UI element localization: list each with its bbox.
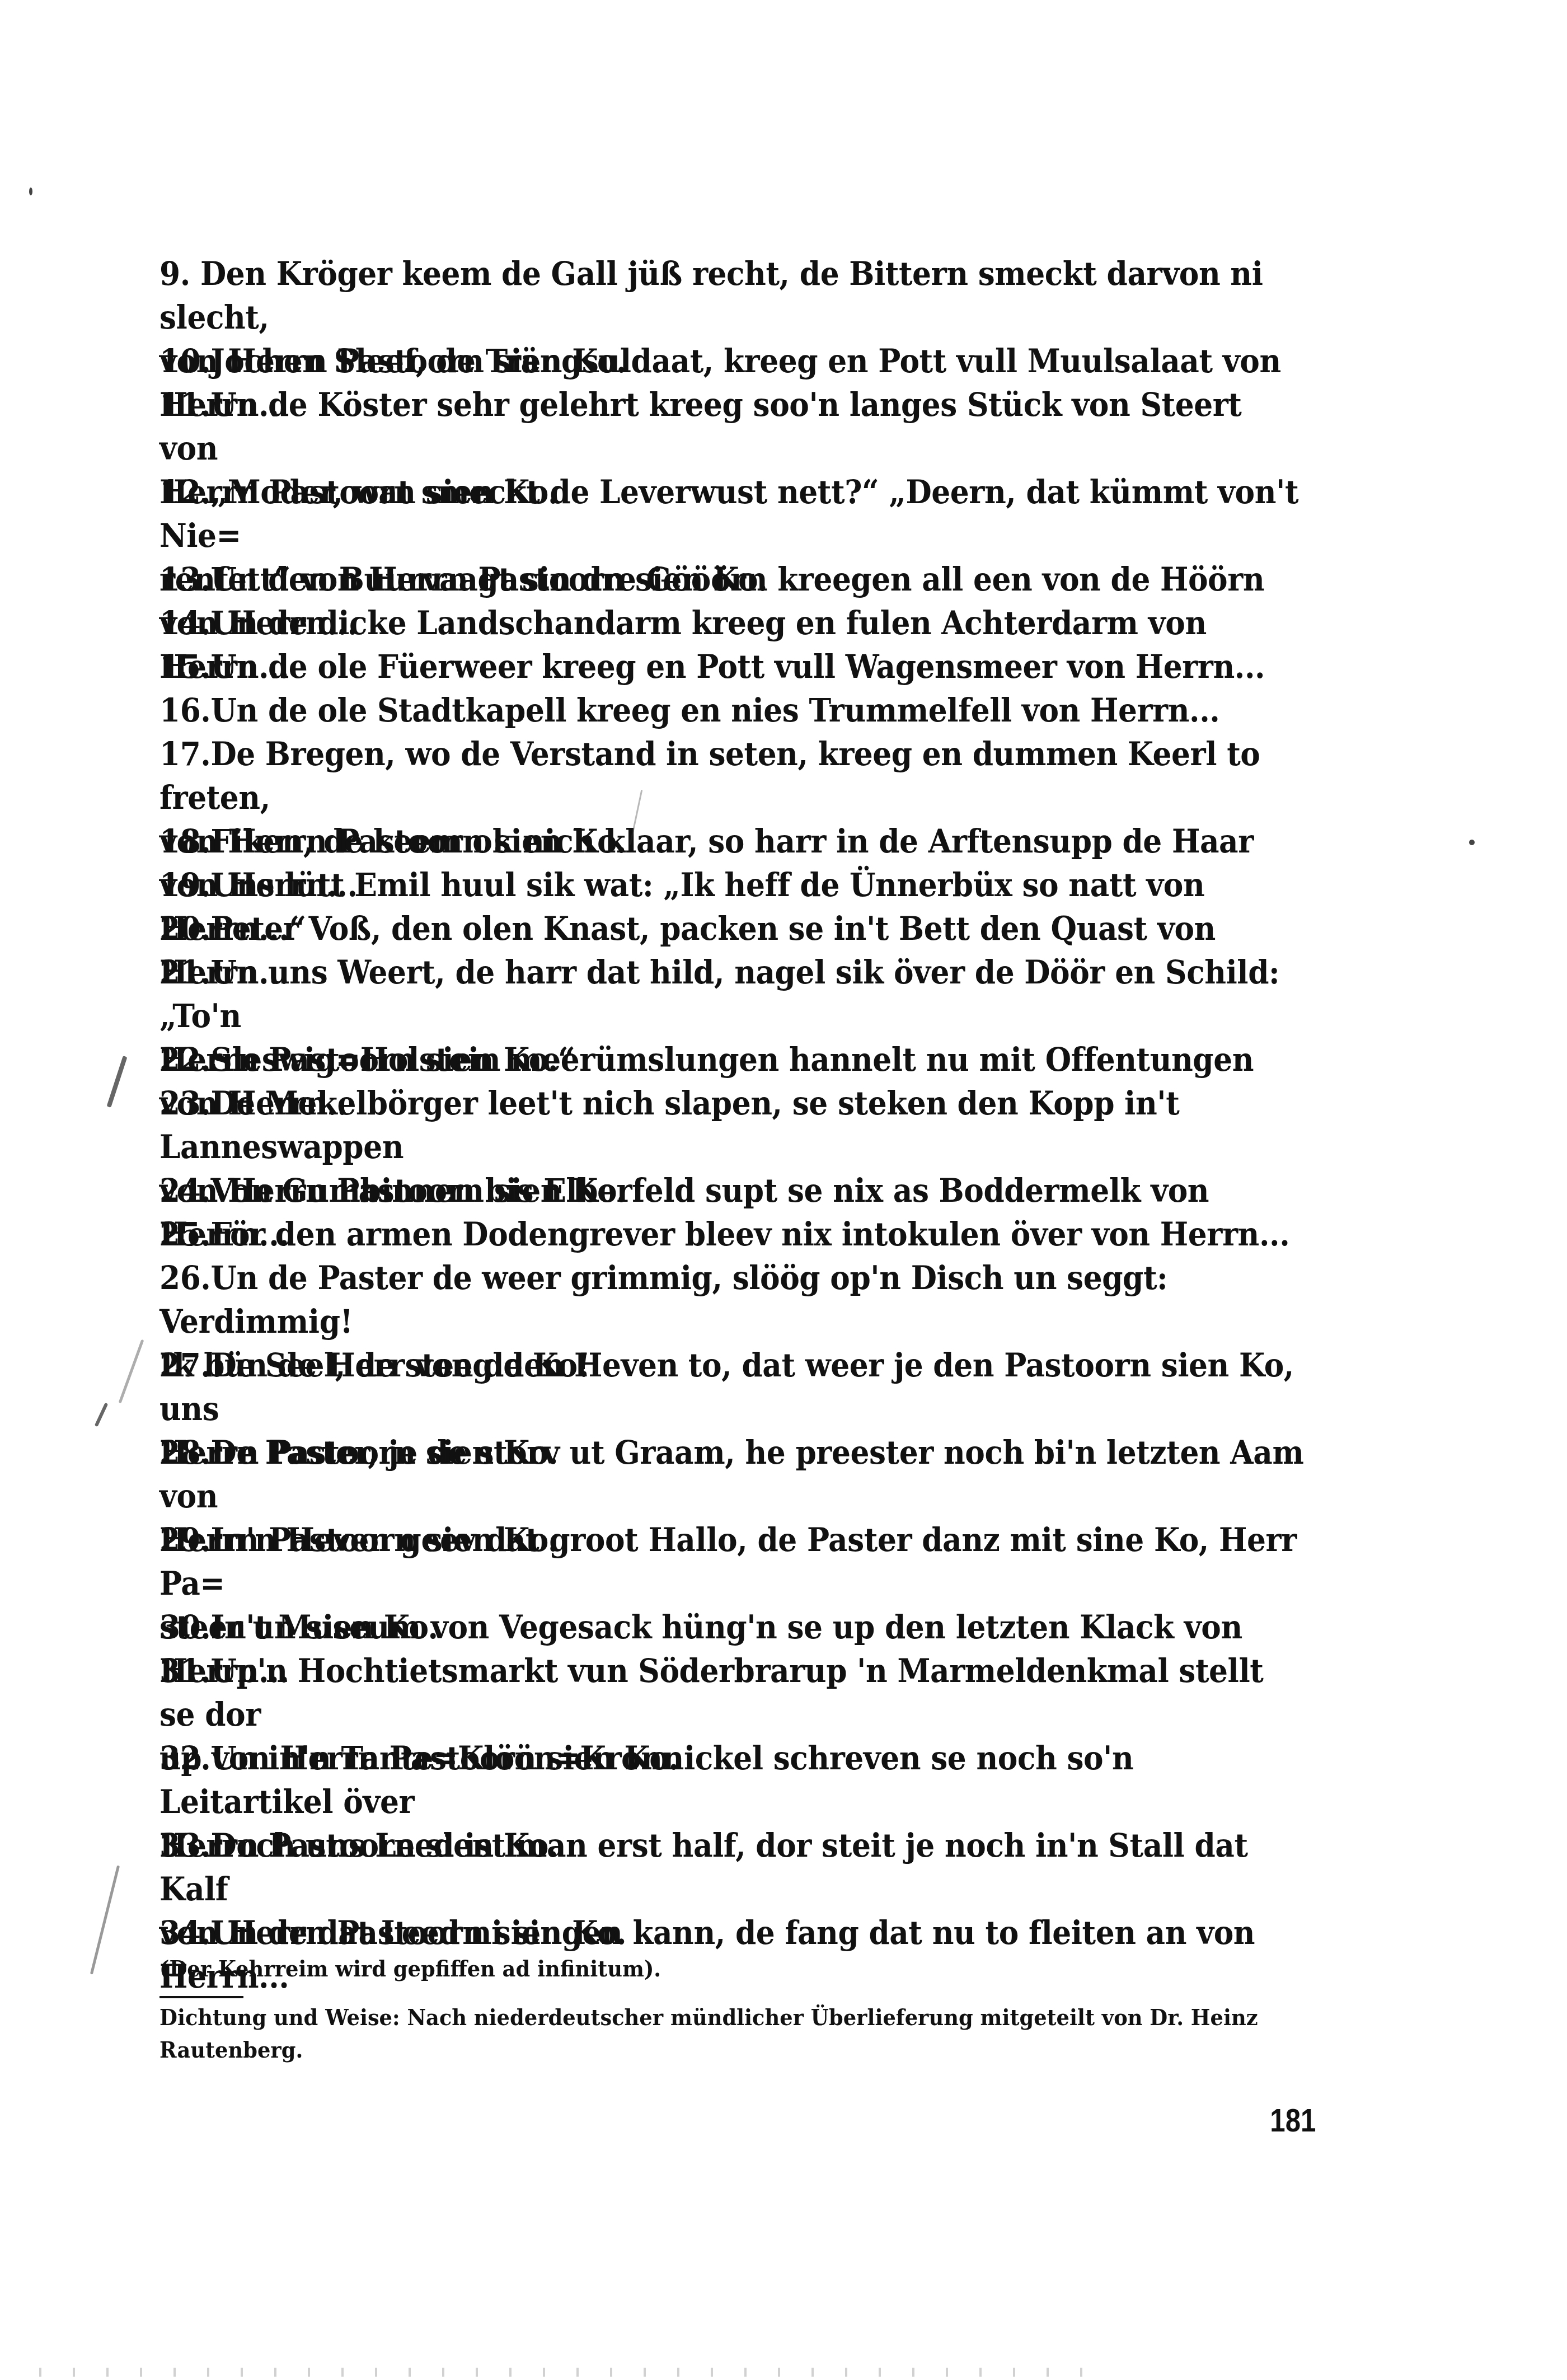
verse-31: 31.Up'n Hochtietsmarkt vun Söderbrarup '…	[159, 1649, 1308, 1736]
verse-text: De Seel, de steeg den Heven to, dat weer…	[159, 1346, 1294, 1428]
verse-22: 22.Sleswig=Holstein meerümslungen hannel…	[159, 1038, 1308, 1081]
verse-number: 9.	[159, 255, 190, 293]
verse-16: 16.Un de ole Stadtkapell kreeg en nies T…	[159, 688, 1308, 732]
verse-number: 30.	[159, 1608, 210, 1646]
verse-number: 29.	[159, 1521, 210, 1559]
page-number: 181	[1270, 2102, 1316, 2139]
verse-text: De Paster, je de storv ut Graam, he pree…	[159, 1433, 1303, 1515]
verse-number: 14.	[159, 604, 210, 642]
verse-number: 12.	[159, 473, 210, 511]
verse-25: 25.För den armen Dodengrever bleev nix i…	[159, 1212, 1308, 1256]
scan-noise	[22, 2368, 1086, 2377]
verse-number: 20.	[159, 910, 210, 948]
verse-number: 13.	[159, 560, 210, 598]
verse-17: 17.De Bregen, wo de Verstand in seten, k…	[159, 732, 1308, 819]
pencil-mark-icon	[90, 1865, 120, 1974]
verse-33: 33.Doch uns Leed ist man erst half, dor …	[159, 1824, 1308, 1911]
verse-21: 21.Un uns Weert, de harr dat hild, nagel…	[159, 950, 1308, 1038]
verse-number: 32.	[159, 1739, 210, 1777]
verse-text: Un in'n Tante=Klöön=Kronnickel schreven …	[159, 1739, 1133, 1821]
verse-18: 18.Fiken, de keem ok nich klaar, so harr…	[159, 819, 1308, 863]
verse-32: 32.Un in'n Tante=Klöön=Kronnickel schrev…	[159, 1736, 1308, 1824]
pencil-mark-icon	[119, 1339, 144, 1403]
verse-number: 33.	[159, 1826, 210, 1864]
verse-20: 20.Peter Voß, den olen Knast, packen se …	[159, 907, 1308, 950]
verse-28: 28.De Paster, je de storv ut Graam, he p…	[159, 1431, 1308, 1518]
verse-text: Den Kröger keem de Gall jüß recht, de Bi…	[159, 255, 1263, 336]
verse-text: Un de ole Füerweer kreeg en Pott vull Wa…	[210, 648, 1265, 686]
verse-number: 17.	[159, 735, 210, 773]
verse-11: 11.Un de Köster sehr gelehrt kreeg soo'n…	[159, 383, 1308, 470]
verse-27: 27.De Seel, de steeg den Heven to, dat w…	[159, 1343, 1308, 1431]
verse-number: 18.	[159, 822, 210, 860]
verse-13: 13.Un den Buurvaagt sin dre Gööörn kreeg…	[159, 557, 1308, 601]
verse-10: 10.Jochen Sleef, de Trängsuldaat, kreeg …	[159, 339, 1308, 383]
credits-line-1: Dichtung und Weise: Nach niederdeutscher…	[159, 2002, 1308, 2034]
verse-text: För den armen Dodengrever bleev nix into…	[210, 1215, 1289, 1253]
song-verses: 9. Den Kröger keem de Gall jüß recht, de…	[159, 252, 1307, 2067]
verse-26: 26.Un de Paster de weer grimmig, slöög o…	[159, 1256, 1308, 1343]
verse-29: 29.In'n Heven geev dat groot Hallo, de P…	[159, 1518, 1308, 1605]
verse-number: 15.	[159, 648, 210, 686]
verse-9: 9. Den Kröger keem de Gall jüß recht, de…	[159, 252, 1308, 339]
credits: Dichtung und Weise: Nach niederdeutscher…	[159, 2002, 1308, 2067]
verse-number: 26.	[159, 1259, 210, 1297]
verse-number: 21.	[159, 953, 210, 991]
verse-24: 24.Von Gumbinnen bis Elberfeld supt se n…	[159, 1169, 1308, 1212]
verse-number: 11.	[159, 386, 210, 424]
verse-text: Un uns Weert, de harr dat hild, nagel si…	[159, 953, 1279, 1035]
verse-number: 16.	[159, 691, 210, 729]
verse-number: 24.	[159, 1172, 210, 1210]
verse-text: „Moder, wat smeckt de Leverwust nett?“ „…	[159, 473, 1298, 555]
verse-text: De Bregen, wo de Verstand in seten, kree…	[159, 735, 1260, 817]
verse-19: 19.Uns lütt Emil huul sik wat: „Ik heff …	[159, 863, 1308, 907]
verse-number: 25.	[159, 1215, 210, 1253]
verse-30: 30.In't Museum von Vegesack hüng'n se up…	[159, 1605, 1308, 1649]
refrain-note: (Der Kehrreim wird gepfiffen ad infinitu…	[159, 1955, 1215, 1984]
pencil-mark-icon	[107, 1056, 128, 1108]
verse-text: Un de Köster sehr gelehrt kreeg soo'n la…	[159, 386, 1241, 467]
verse-23: 23.De Mekelbörger leet't nich slapen, se…	[159, 1081, 1308, 1169]
verse-number: 22.	[159, 1041, 210, 1079]
verse-14: 14.Un de dicke Landschandarm kreeg en fu…	[159, 601, 1308, 645]
verse-number: 28.	[159, 1433, 210, 1472]
verse-text: De Mekelbörger leet't nich slapen, se st…	[159, 1084, 1179, 1166]
scanned-book-page: 9. Den Kröger keem de Gall jüß recht, de…	[0, 0, 1567, 2380]
verse-text: In'n Heven geev dat groot Hallo, de Past…	[159, 1521, 1297, 1603]
verse-34: 34.Un de dat Leed ni singen kann, de fan…	[159, 1911, 1308, 1955]
verse-text: Un de Paster de weer grimmig, slöög op'n…	[159, 1259, 1167, 1341]
dust-speck	[1469, 840, 1475, 845]
verse-number: 19.	[159, 866, 210, 904]
verse-number: 34.	[159, 1914, 210, 1952]
verse-15: 15.Un de ole Füerweer kreeg en Pott vull…	[159, 645, 1308, 688]
verse-number: 31.	[159, 1652, 210, 1690]
verse-number: 23.	[159, 1084, 210, 1122]
verse-12: 12.„Moder, wat smeckt de Leverwust nett?…	[159, 470, 1308, 557]
pencil-mark-icon	[95, 1403, 108, 1427]
verse-number: 27.	[159, 1346, 210, 1384]
credits-line-2: Rautenberg.	[159, 2034, 1308, 2067]
verse-number: 10.	[159, 342, 210, 380]
verse-text: Up'n Hochtietsmarkt vun Söderbrarup 'n M…	[159, 1652, 1263, 1734]
verse-text: Doch uns Leed ist man erst half, dor ste…	[159, 1826, 1248, 1908]
dust-speck	[29, 188, 32, 195]
verse-text: Un de ole Stadtkapell kreeg en nies Trum…	[210, 691, 1219, 729]
